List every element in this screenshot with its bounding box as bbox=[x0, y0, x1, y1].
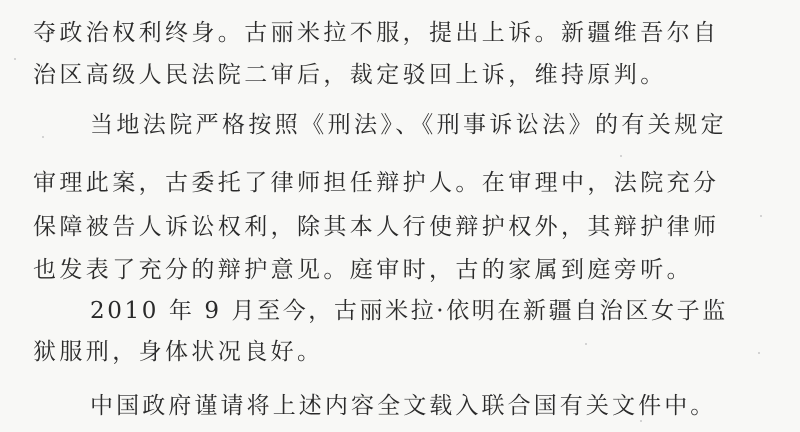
scan-speck bbox=[668, 232, 670, 234]
paragraph-2-line-4: 也发表了充分的辩护意见。庭审时，古的家属到庭旁听。 bbox=[33, 256, 693, 284]
scan-speck bbox=[585, 343, 587, 345]
paragraph-1-line-2: 治区高级人民法院二审后，裁定驳回上诉，维持原判。 bbox=[33, 61, 667, 89]
scan-speck bbox=[758, 352, 760, 354]
scan-speck bbox=[760, 215, 762, 217]
paragraph-2-line-3: 保障被告人诉讼权利，除其本人行使辩护权外，其辩护律师 bbox=[33, 213, 719, 241]
paragraph-1-line-1: 夺政治权利终身。古丽米拉不服，提出上诉。新疆维吾尔自 bbox=[33, 19, 719, 47]
scan-speck bbox=[620, 155, 622, 157]
paragraph-3-line-2: 狱服刑，身体状况良好。 bbox=[33, 338, 323, 366]
scan-speck bbox=[42, 136, 44, 138]
paragraph-3-line-1: 2010 年 9 月至今，古丽米拉·依明在新疆自治区女子监 bbox=[90, 297, 728, 325]
paragraph-4-line-1: 中国政府谨请将上述内容全文载入联合国有关文件中。 bbox=[90, 392, 716, 420]
paragraph-2-line-1: 当地法院严格按照《刑法》、《刑事诉讼法》的有关规定 bbox=[90, 111, 727, 139]
scanned-document-page: 夺政治权利终身。古丽米拉不服，提出上诉。新疆维吾尔自 治区高级人民法院二审后，裁… bbox=[0, 0, 800, 432]
scan-speck bbox=[14, 58, 16, 60]
paragraph-2-line-2: 审理此案，古委托了律师担任辩护人。在审理中，法院充分 bbox=[33, 169, 719, 197]
scan-speck bbox=[640, 420, 642, 422]
